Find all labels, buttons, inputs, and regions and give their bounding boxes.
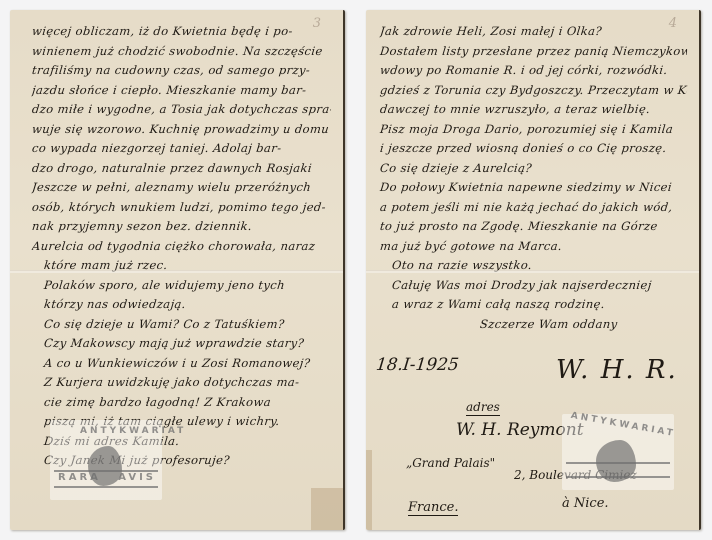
handwritten-line: Całuję Was moi Drodzy jak najserdeczniej bbox=[379, 276, 688, 296]
handwritten-line: wuje się wzorowo. Kuchnię prowadzimy u d… bbox=[31, 120, 332, 140]
handwritten-line: Co się dzieje z Aurelcią? bbox=[379, 159, 688, 179]
handwritten-line: Aurelcia od tygodnia ciężko chorowała, n… bbox=[31, 237, 332, 257]
handwritten-line: a wraz z Wami całą naszą rodzinę. bbox=[379, 295, 688, 315]
letter-date: 18.I-1925 bbox=[375, 355, 460, 375]
letter-page-left: 3 więcej obliczam, iż do Kwietnia będę i… bbox=[10, 10, 345, 530]
handwritten-line: a potem jeśli mi nie każą jechać do jaki… bbox=[379, 198, 688, 218]
paper-stain bbox=[366, 450, 372, 530]
handwritten-line: trafiliśmy na cudowny czas, od samego pr… bbox=[31, 61, 332, 81]
handwritten-line: Do połowy Kwietnia napewne siedzimy w Ni… bbox=[379, 178, 688, 198]
antykwariat-watermark: ANTYKWARIAT bbox=[562, 414, 674, 490]
handwritten-line: co wypada niezgorzej taniej. Adolaj bar- bbox=[31, 139, 332, 159]
handwritten-line: Dostałem listy przesłane przez panią Nie… bbox=[379, 42, 688, 62]
handwritten-line: Z Kurjera uwidzkuję jako dotychczas ma- bbox=[31, 373, 332, 393]
handwritten-line: Co się dzieje u Wami? Co z Tatuśkiem? bbox=[31, 315, 332, 335]
handwritten-line: więcej obliczam, iż do Kwietnia będę i p… bbox=[31, 22, 332, 42]
rara-avis-watermark: ANTYKWARIAT RARA AVIS bbox=[50, 420, 162, 500]
handwritten-line: które mam już rzec. bbox=[31, 256, 332, 276]
address-country: France. bbox=[408, 500, 458, 516]
watermark-right-label: AVIS bbox=[118, 472, 156, 483]
watermark-top-text: ANTYKWARIAT bbox=[80, 426, 186, 436]
handwritten-line: to już prosto na Zgodę. Mieszkanie na Gó… bbox=[379, 217, 688, 237]
handwritten-line: Czy Makowscy mają już wprawdzie stary? bbox=[31, 334, 332, 354]
watermark-rule bbox=[566, 462, 670, 464]
handwritten-line: nak przyjemny sezon bez. dziennik. bbox=[31, 217, 332, 237]
handwritten-line: Jak zdrowie Heli, Zosi małej i Olka? bbox=[379, 22, 688, 42]
handwritten-line: Jeszcze w pełni, aleznamy wielu przeróżn… bbox=[31, 178, 332, 198]
signature: W. H. R. bbox=[556, 355, 678, 385]
handwritten-line: którzy nas odwiedzają. bbox=[31, 295, 332, 315]
handwritten-line: gdzieś z Torunia czy Bydgoszczy. Przeczy… bbox=[379, 81, 688, 101]
handwritten-line: osób, których wnukiem ludzi, pomimo tego… bbox=[31, 198, 332, 218]
handwritten-line: i jeszcze przed wiosną donieś o co Cię p… bbox=[379, 139, 688, 159]
watermark-rule bbox=[566, 476, 670, 478]
handwritten-line: dzo miłe i wygodne, a Tosia jak dotychcz… bbox=[31, 100, 332, 120]
handwritten-line: Oto na razie wszystko. bbox=[379, 256, 688, 276]
watermark-top-text: ANTYKWARIAT bbox=[570, 411, 676, 439]
closing-line: Szczerze Wam oddany bbox=[379, 315, 688, 335]
letter-body-right: Jak zdrowie Heli, Zosi małej i Olka? Dos… bbox=[380, 22, 687, 334]
handwritten-line: A co u Wunkiewiczów i u Zosi Romanowej? bbox=[31, 354, 332, 374]
handwritten-line: jazdu słońce i ciepło. Mieszkanie mamy b… bbox=[31, 81, 332, 101]
letter-page-right: 4 Jak zdrowie Heli, Zosi małej i Olka? D… bbox=[366, 10, 701, 530]
handwritten-line: Polaków sporo, ale widujemy jeno tych bbox=[31, 276, 332, 296]
handwritten-line: dawczej to mnie wzruszyło, a teraz wielb… bbox=[379, 100, 688, 120]
handwritten-line: winienem już chodzić swobodnie. Na szczę… bbox=[31, 42, 332, 62]
handwritten-line: ma już być gotowe na Marca. bbox=[379, 237, 688, 257]
watermark-rule bbox=[54, 486, 158, 488]
handwritten-line: Pisz moja Droga Dario, porozumiej się i … bbox=[379, 120, 688, 140]
handwritten-line: wdowy po Romanie R. i od jej córki, rozw… bbox=[379, 61, 688, 81]
watermark-left-label: RARA bbox=[58, 472, 101, 483]
letter-body-left: więcej obliczam, iż do Kwietnia będę i p… bbox=[32, 22, 331, 471]
address-hotel: „Grand Palais" bbox=[406, 456, 495, 470]
handwritten-line: dzo drogo, naturalnie przez dawnych Rosj… bbox=[31, 159, 332, 179]
address-label: adres bbox=[466, 400, 500, 416]
paper-stain bbox=[311, 488, 343, 530]
address-city: à Nice. bbox=[562, 496, 609, 511]
handwritten-line: cie zimę bardzo łagodną! Z Krakowa bbox=[31, 393, 332, 413]
